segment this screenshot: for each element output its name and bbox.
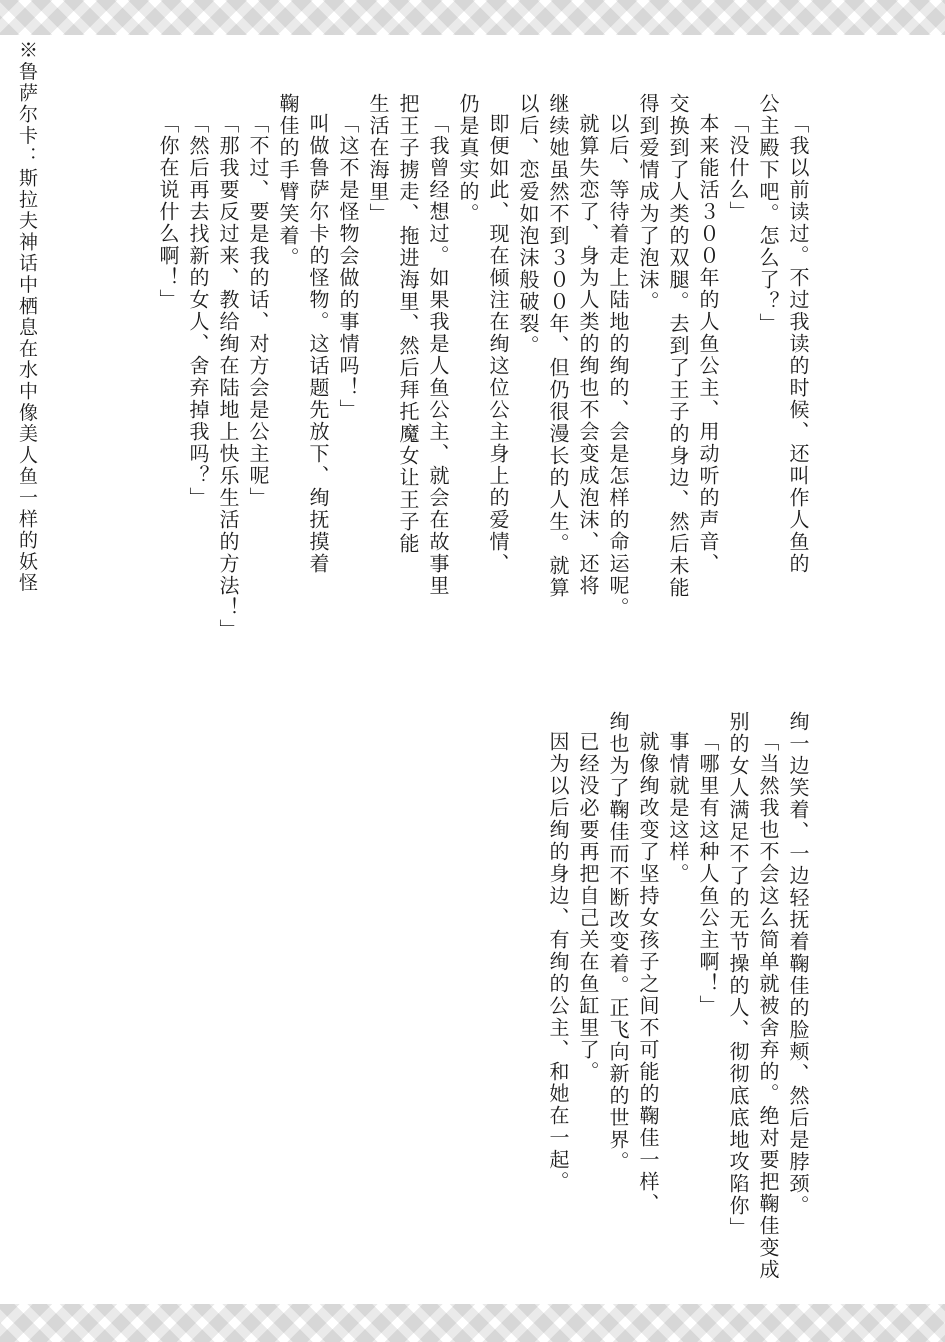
text-column: 「哪里有这种人鱼公主啊！」 bbox=[692, 711, 722, 1286]
secondary-text-block: 绚一边笑着、一边轻抚着鞠佳的脸颊、然后是脖颈。 「当然我也不会这么简单就被舍弃的… bbox=[542, 711, 812, 1286]
text-column: 「我以前读过。不过我读的时候、还叫作人鱼的 bbox=[782, 93, 812, 653]
text-column: 交换到了人类的双腿。去到了王子的身边、然后未能 bbox=[662, 93, 692, 653]
text-column: 本来能活３００年的人鱼公主、用动听的声音、 bbox=[692, 93, 722, 653]
text-column: 把王子掳走、拖进海里、然后拜托魔女让王子能 bbox=[392, 93, 422, 653]
text-column: 生活在海里」 bbox=[362, 93, 392, 653]
decorative-border-top bbox=[0, 0, 945, 35]
text-column: 绚一边笑着、一边轻抚着鞠佳的脸颊、然后是脖颈。 bbox=[782, 711, 812, 1286]
text-column: 「那我要反过来、教给绚在陆地上快乐生活的方法！」 bbox=[212, 93, 242, 653]
text-column: 绚也为了鞠佳而不断改变着。正飞向新的世界。 bbox=[602, 711, 632, 1286]
text-column: 「你在说什么啊！」 bbox=[152, 93, 182, 653]
text-column: 以后、等待着走上陆地的绚的、会是怎样的命运呢。 bbox=[602, 93, 632, 653]
text-column: 已经没必要再把自己关在鱼缸里了。 bbox=[572, 711, 602, 1286]
text-column: 叫做鲁萨尔卡的怪物。这话题先放下、绚抚摸着 bbox=[302, 93, 332, 653]
text-column: 得到爱情成为了泡沫。 bbox=[632, 93, 662, 653]
text-column: 「没什么」 bbox=[722, 93, 752, 653]
text-column: 公主殿下吧。怎么了？」 bbox=[752, 93, 782, 653]
text-column: 继续她虽然不到３００年、但仍很漫长的人生。就算 bbox=[542, 93, 572, 653]
text-column: 「不过、要是我的话、对方会是公主呢」 bbox=[242, 93, 272, 653]
text-column: 别的女人满足不了的无节操的人、彻彻底底地攻陷你」 bbox=[722, 711, 752, 1286]
text-column: 「然后再去找新的女人、舍弃掉我吗？」 bbox=[182, 93, 212, 653]
decorative-border-bottom bbox=[0, 1304, 945, 1342]
text-column: 就算失恋了、身为人类的绚也不会变成泡沫、还将 bbox=[572, 93, 602, 653]
text-column: 因为以后绚的身边、有绚的公主、和她在一起。 bbox=[542, 711, 572, 1286]
footnote-text: ※鲁萨尔卡：斯拉夫神话中栖息在水中像美人鱼一样的妖怪 bbox=[8, 40, 42, 620]
text-column: 「我曾经想过。如果我是人鱼公主、就会在故事里 bbox=[422, 93, 452, 653]
text-column: 仍是真实的。 bbox=[452, 93, 482, 653]
text-column: 「当然我也不会这么简单就被舍弃的。绝对要把鞠佳变成 bbox=[752, 711, 782, 1286]
text-column: 即便如此、现在倾注在绚这位公主身上的爱情、 bbox=[482, 93, 512, 653]
text-column: 以后、恋爱如泡沫般破裂。 bbox=[512, 93, 542, 653]
text-column: 就像绚改变了坚持女孩子之间不可能的鞠佳一样、 bbox=[632, 711, 662, 1286]
text-column: 「这不是怪物会做的事情吗！」 bbox=[332, 93, 362, 653]
text-column: 事情就是这样。 bbox=[662, 711, 692, 1286]
text-column: 鞠佳的手臂笑着。 bbox=[272, 93, 302, 653]
book-page: ※鲁萨尔卡：斯拉夫神话中栖息在水中像美人鱼一样的妖怪 「我以前读过。不过我读的时… bbox=[0, 0, 945, 1342]
main-text-block: 「我以前读过。不过我读的时候、还叫作人鱼的 公主殿下吧。怎么了？」 「没什么」 … bbox=[152, 93, 812, 653]
